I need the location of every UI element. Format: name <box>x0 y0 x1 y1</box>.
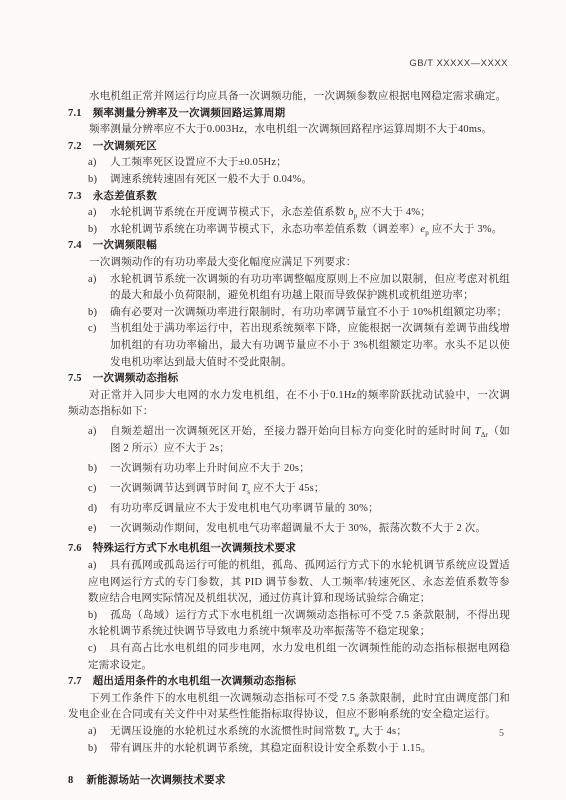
list-item: c) 一次调频调节达到调节时间 Ts 应不大于 45s； <box>68 481 510 498</box>
item-text: 有功功率反调量应不大于发电机电气功率调节量的 30%； <box>110 503 379 514</box>
item-text: 无调压设施的水轮机过水系统的水流惯性时间常数 Tw 大于 4s； <box>110 726 407 737</box>
section-number: 7.4 <box>68 240 82 251</box>
section-paragraph: 频率测量分辨率应不大于0.003Hz，水电机组一次调频回路程序运算周期不大于40… <box>68 122 510 139</box>
chapter-8-heading: 8新能源场站一次调频技术要求 <box>68 773 510 790</box>
section-7-3: 7.3永态差值系数 a) 水轮机调节系统在开度调节模式下，永态差值系数 bp 应… <box>68 189 510 239</box>
item-label: a) <box>88 272 97 289</box>
list-item: a) 水轮机调节系统在开度调节模式下，永态差值系数 bp 应不大于 4%； <box>68 205 510 222</box>
item-label: b) <box>88 305 97 322</box>
section-heading: 7.5一次调频动态指标 <box>68 371 510 388</box>
item-text: 水轮机调节系统一次调频的有功功率调整幅度原则上不应加以限制，但应考虑对机组的最大… <box>110 274 510 302</box>
list-item: b) 一次调频有功功率上升时间应不大于 20s； <box>68 461 510 478</box>
chapter-title: 新能源场站一次调频技术要求 <box>86 775 225 786</box>
item-text: 人工频率死区设置应不大于±0.05Hz； <box>110 157 287 168</box>
section-number: 7.7 <box>68 676 82 687</box>
item-label: c) <box>88 643 97 654</box>
item-text: 孤岛（岛域）运行方式下水电机组一次调频动态指标可不受 7.5 条款限制，不得出现… <box>88 610 510 638</box>
section-heading: 7.6特殊运行方式下水电机组一次调频技术要求 <box>68 541 510 558</box>
section-7-2: 7.2一次调频死区 a) 人工频率死区设置应不大于±0.05Hz； b) 调速系… <box>68 139 510 189</box>
section-title: 超出适用条件的水电机组一次调频动态指标 <box>93 676 296 687</box>
standard-code-header: GB/T XXXXX—XXXX <box>68 58 508 69</box>
section-title: 一次调频限幅 <box>93 240 157 251</box>
document-page: GB/T XXXXX—XXXX 水电机组正常并网运行均应具备一次调频功能，一次调… <box>0 0 566 800</box>
item-text: 具有孤网或孤岛运行可能的机组，孤岛、孤网运行方式下的水轮机调节系统应设置适应电网… <box>88 560 510 604</box>
section-7-1: 7.1频率测量分辨率及一次调频回路运算周期 频率测量分辨率应不大于0.003Hz… <box>68 106 510 139</box>
list-item: c)具有高占比水电机组的同步电网，水力发电机组一次调频性能的动态指标根据电网稳定… <box>68 641 510 674</box>
section-7-5: 7.5一次调频动态指标 对正常并入同步大电网的水力发电机组，在不小于0.1Hz的… <box>68 371 510 538</box>
section-number: 7.1 <box>68 108 82 119</box>
item-text: 调速系统转速固有死区一般不大于 0.04%。 <box>110 174 312 185</box>
list-item: b)孤岛（岛域）运行方式下水电机组一次调频动态指标可不受 7.5 条款限制，不得… <box>68 608 510 641</box>
section-title: 特殊运行方式下水电机组一次调频技术要求 <box>93 543 296 554</box>
item-text: 带有调压井的水轮机调节系统，其稳定面积设计安全系数小于 1.15。 <box>110 743 432 754</box>
item-text: 确有必要对一次调频功率进行限制时，有功功率调节量宜不小于 10%机组额定功率； <box>110 307 507 318</box>
section-paragraph: 下列工作条件下的水电机组一次调频动态指标可不受 7.5 条款限制，此时宜由调度部… <box>68 691 510 724</box>
section-number: 7.3 <box>68 191 82 202</box>
item-text: 水轮机调节系统在功率调节模式下，永态功率差值系数（调差率）ep 应不大于 3%。 <box>110 224 502 235</box>
item-label: b) <box>88 741 97 758</box>
item-label: c) <box>88 481 97 498</box>
section-number: 7.2 <box>68 141 82 152</box>
section-heading: 7.7超出适用条件的水电机组一次调频动态指标 <box>68 674 510 691</box>
section-title: 一次调频动态指标 <box>93 373 179 384</box>
item-text: 当机组处于满功率运行中，若出现系统频率下降，应能根据一次调频有差调节曲线增加机组… <box>110 323 510 367</box>
item-label: c) <box>88 321 97 338</box>
list-item: c) 当机组处于满功率运行中，若出现系统频率下降，应能根据一次调频有差调节曲线增… <box>68 321 510 371</box>
list-item: b) 水轮机调节系统在功率调节模式下，永态功率差值系数（调差率）ep 应不大于 … <box>68 222 510 239</box>
list-item: a) 无调压设施的水轮机过水系统的水流惯性时间常数 Tw 大于 4s； <box>68 724 510 741</box>
section-title: 一次调频死区 <box>93 141 157 152</box>
item-label: e) <box>88 521 97 538</box>
section-heading: 7.2一次调频死区 <box>68 139 510 156</box>
item-label: d) <box>88 501 97 518</box>
page-number: 5 <box>499 728 504 739</box>
item-text: 一次调频动作期间，发电机电气功率超调量不大于 30%，振荡次数不大于 2 次。 <box>110 523 486 534</box>
section-number: 7.6 <box>68 543 82 554</box>
page-content: 水电机组正常并网运行均应具备一次调频功能，一次调频参数应根据电网稳定需求确定。 … <box>68 89 510 790</box>
list-item: d) 有功功率反调量应不大于发电机电气功率调节量的 30%； <box>68 501 510 518</box>
list-item: e) 一次调频动作期间，发电机电气功率超调量不大于 30%，振荡次数不大于 2 … <box>68 521 510 538</box>
item-label: a) <box>88 424 97 441</box>
list-item: a) 水轮机调节系统一次调频的有功功率调整幅度原则上不应加以限制，但应考虑对机组… <box>68 272 510 305</box>
section-paragraph: 一次调频动作的有功功率最大变化幅度应满足下列要求： <box>68 255 510 272</box>
item-text: 自频差超出一次调频死区开始，至接力器开始向目标方向变化时的延时时间 TΔr（如图… <box>110 426 510 454</box>
section-heading: 7.3永态差值系数 <box>68 189 510 206</box>
list-item: b) 确有必要对一次调频功率进行限制时，有功功率调节量宜不小于 10%机组额定功… <box>68 305 510 322</box>
item-label: a) <box>88 155 97 172</box>
item-text: 一次调频有功功率上升时间应不大于 20s； <box>110 463 310 474</box>
list-item: b) 调速系统转速固有死区一般不大于 0.04%。 <box>68 172 510 189</box>
section-7-4: 7.4一次调频限幅 一次调频动作的有功功率最大变化幅度应满足下列要求： a) 水… <box>68 238 510 371</box>
intro-paragraph: 水电机组正常并网运行均应具备一次调频功能，一次调频参数应根据电网稳定需求确定。 <box>68 89 510 106</box>
item-text: 一次调频调节达到调节时间 Ts 应不大于 45s； <box>110 483 325 494</box>
section-heading: 7.1频率测量分辨率及一次调频回路运算周期 <box>68 106 510 123</box>
item-label: a) <box>88 205 97 222</box>
item-text: 具有高占比水电机组的同步电网，水力发电机组一次调频性能的动态指标根据电网稳定需求… <box>88 643 510 671</box>
section-7-6: 7.6特殊运行方式下水电机组一次调频技术要求 a)具有孤网或孤岛运行可能的机组，… <box>68 541 510 674</box>
list-item: a)具有孤网或孤岛运行可能的机组，孤岛、孤网运行方式下的水轮机调节系统应设置适应… <box>68 558 510 608</box>
section-paragraph: 对正常并入同步大电网的水力发电机组，在不小于0.1Hz的频率阶跃扰动试验中，一次… <box>68 388 510 421</box>
list-item: a) 自频差超出一次调频死区开始，至接力器开始向目标方向变化时的延时时间 TΔr… <box>68 424 510 457</box>
section-7-7: 7.7超出适用条件的水电机组一次调频动态指标 下列工作条件下的水电机组一次调频动… <box>68 674 510 757</box>
list-item: a) 人工频率死区设置应不大于±0.05Hz； <box>68 155 510 172</box>
section-title: 频率测量分辨率及一次调频回路运算周期 <box>93 108 286 119</box>
item-label: b) <box>88 461 97 478</box>
list-item: b) 带有调压井的水轮机调节系统，其稳定面积设计安全系数小于 1.15。 <box>68 741 510 758</box>
item-label: b) <box>88 222 97 239</box>
item-label: b) <box>88 172 97 189</box>
item-label: b) <box>88 610 97 621</box>
item-label: a) <box>88 724 97 741</box>
item-label: a) <box>88 560 97 571</box>
section-number: 7.5 <box>68 373 82 384</box>
chapter-number: 8 <box>68 775 73 786</box>
section-title: 永态差值系数 <box>93 191 157 202</box>
section-heading: 7.4一次调频限幅 <box>68 238 510 255</box>
item-text: 水轮机调节系统在开度调节模式下，永态差值系数 bp 应不大于 4%； <box>110 207 431 218</box>
